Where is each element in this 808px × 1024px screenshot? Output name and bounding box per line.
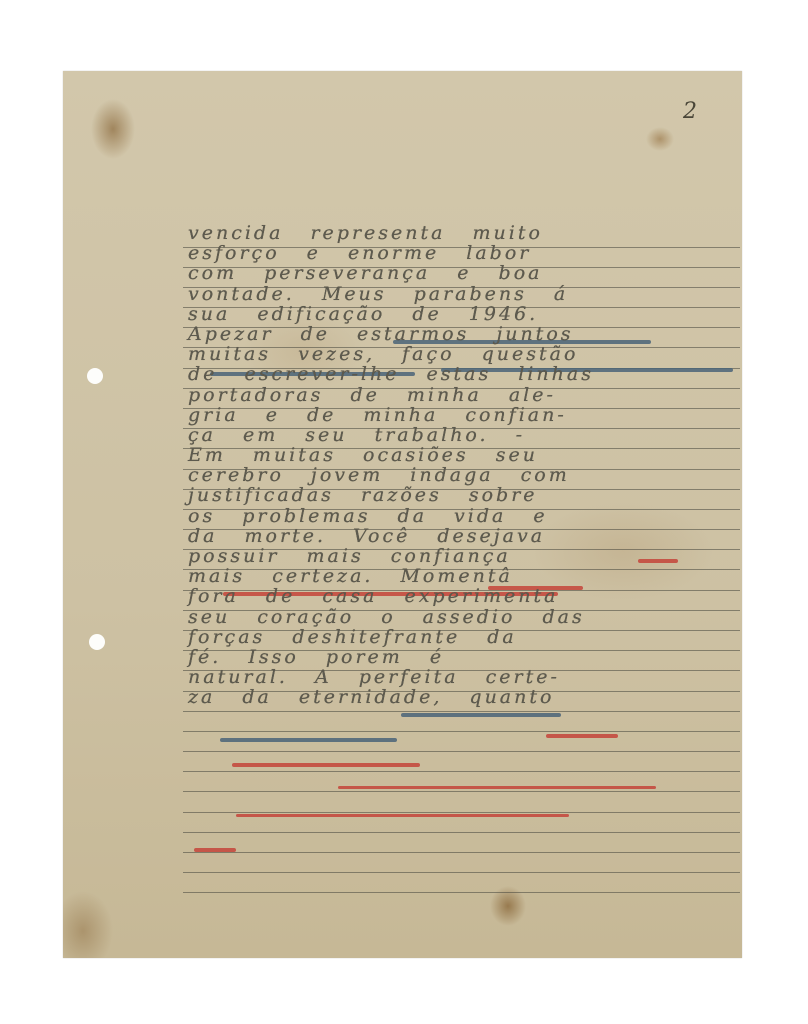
red-underline [338, 786, 656, 789]
ruled-line [183, 852, 740, 853]
text-line: ça em seu trabalho. - [188, 425, 743, 445]
ruled-line [183, 872, 740, 873]
text-line: za da eternidade, quanto [188, 687, 743, 707]
text-line: forças deshitefrante da [188, 627, 743, 647]
text-line: Em muitas ocasiões seu [188, 445, 743, 465]
red-underline [236, 814, 569, 817]
text-line: os problemas da vida e [188, 506, 743, 526]
text-line: muitas vezes, faço questão [188, 344, 743, 364]
red-underline [546, 734, 618, 738]
text-line: fé. Isso porem é [188, 647, 743, 667]
handwritten-letter-page: 2 vencida representa muito esforço e en [63, 71, 742, 958]
text-line: justificadas razões sobre [188, 485, 743, 505]
text-line: natural. A perfeita certe- [188, 667, 743, 687]
blue-underline [220, 738, 397, 742]
ruled-line [183, 711, 740, 712]
text-line: vencida representa muito [188, 223, 743, 243]
red-underline [194, 848, 236, 852]
text-line: portadoras de minha ale- [188, 385, 743, 405]
ruled-line [183, 731, 740, 732]
text-line: seu coração o assedio das [188, 607, 743, 627]
text-line: esforço e enorme labor [188, 243, 743, 263]
text-line: mais certeza. Momentâ [188, 566, 743, 586]
red-underline [232, 763, 420, 767]
text-line: sua edificação de 1946. [188, 304, 743, 324]
ruled-line [183, 751, 740, 752]
ruled-line [183, 791, 740, 792]
binder-hole-bottom [89, 634, 105, 650]
text-line: gria e de minha confian- [188, 405, 743, 425]
text-line: vontade. Meus parabens á [188, 284, 743, 304]
text-line: de escrever-lhe estas linhas [188, 364, 743, 384]
page-number: 2 [683, 99, 697, 124]
ruled-line [183, 892, 740, 893]
ruled-line [183, 812, 740, 813]
binder-hole-top [87, 368, 103, 384]
blue-underline [401, 713, 561, 717]
handwritten-text: vencida representa muito esforço e enorm… [188, 223, 743, 708]
text-line: possuir mais confiança [188, 546, 743, 566]
text-line: Apezar de estarmos juntos [188, 324, 743, 344]
ruled-line [183, 771, 740, 772]
text-line: cerebro jovem indaga com [188, 465, 743, 485]
text-line: com perseverança e boa [188, 263, 743, 283]
ruled-line [183, 832, 740, 833]
text-line: da morte. Você desejava [188, 526, 743, 546]
text-line: fora de casa experimenta [188, 586, 743, 606]
